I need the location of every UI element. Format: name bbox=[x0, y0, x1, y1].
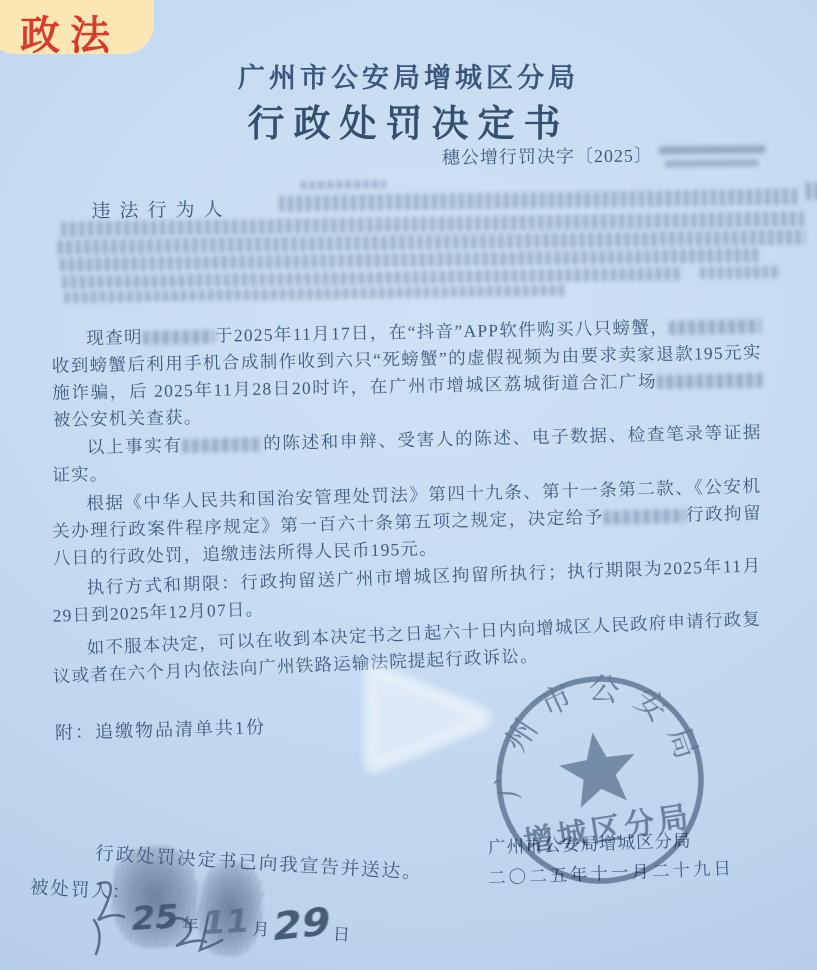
redacted-name bbox=[183, 437, 263, 453]
video-frame: 政法 广州市公安局增城区分局 行政处罚决定书 穗公增行罚决字〔2025〕 违法行… bbox=[0, 0, 817, 970]
redacted-text-row bbox=[279, 189, 799, 212]
redacted-text-row bbox=[301, 180, 385, 189]
handwritten-day: 29 bbox=[270, 899, 334, 950]
play-icon[interactable] bbox=[352, 662, 502, 774]
paragraph-findings: 现查明于2025年11月17日，在“抖音”APP软件购买八只螃蟹，收到螃蟹后利用… bbox=[51, 312, 763, 434]
redacted-text-row bbox=[806, 182, 817, 201]
redacted-document-number bbox=[659, 140, 765, 171]
document-title: 行政处罚决定书 bbox=[0, 93, 817, 147]
evidence-text: 以上事实有 bbox=[87, 435, 183, 457]
redacted-name bbox=[669, 319, 761, 335]
findings-text: 于2025年11月17日，在“抖音”APP软件购买八只螃蟹， bbox=[215, 316, 670, 345]
redacted-name bbox=[143, 329, 215, 344]
issuing-agency-title: 广州市公安局增城区分局 bbox=[0, 56, 817, 95]
document-number-prefix: 穗公增行罚决字〔2025〕 bbox=[442, 141, 653, 169]
offender-info-section: 违法行为人 bbox=[51, 181, 765, 309]
official-seal: 广州市公安局 增城区分局 bbox=[472, 652, 728, 908]
redacted-text-row bbox=[700, 266, 780, 279]
penalty-decision-document: 广州市公安局增城区分局 行政处罚决定书 穗公增行罚决字〔2025〕 违法行为人 … bbox=[0, 0, 817, 970]
redacted-name bbox=[604, 508, 686, 524]
attachment-note: 附：追缴物品清单共1份 bbox=[55, 713, 267, 745]
day-unit: 日 bbox=[332, 920, 350, 946]
findings-text: 被公安机关查获。 bbox=[53, 406, 203, 429]
findings-text: 现查明 bbox=[86, 327, 143, 348]
findings-text: 收到螃蟹后利用手机合成制作收到六只“死螃蟹”的虚假视频为由要求卖家退款195元实… bbox=[52, 342, 762, 403]
document-number: 穗公增行罚决字〔2025〕 bbox=[442, 140, 765, 173]
star-icon bbox=[555, 727, 641, 810]
redacted-name bbox=[657, 373, 762, 389]
